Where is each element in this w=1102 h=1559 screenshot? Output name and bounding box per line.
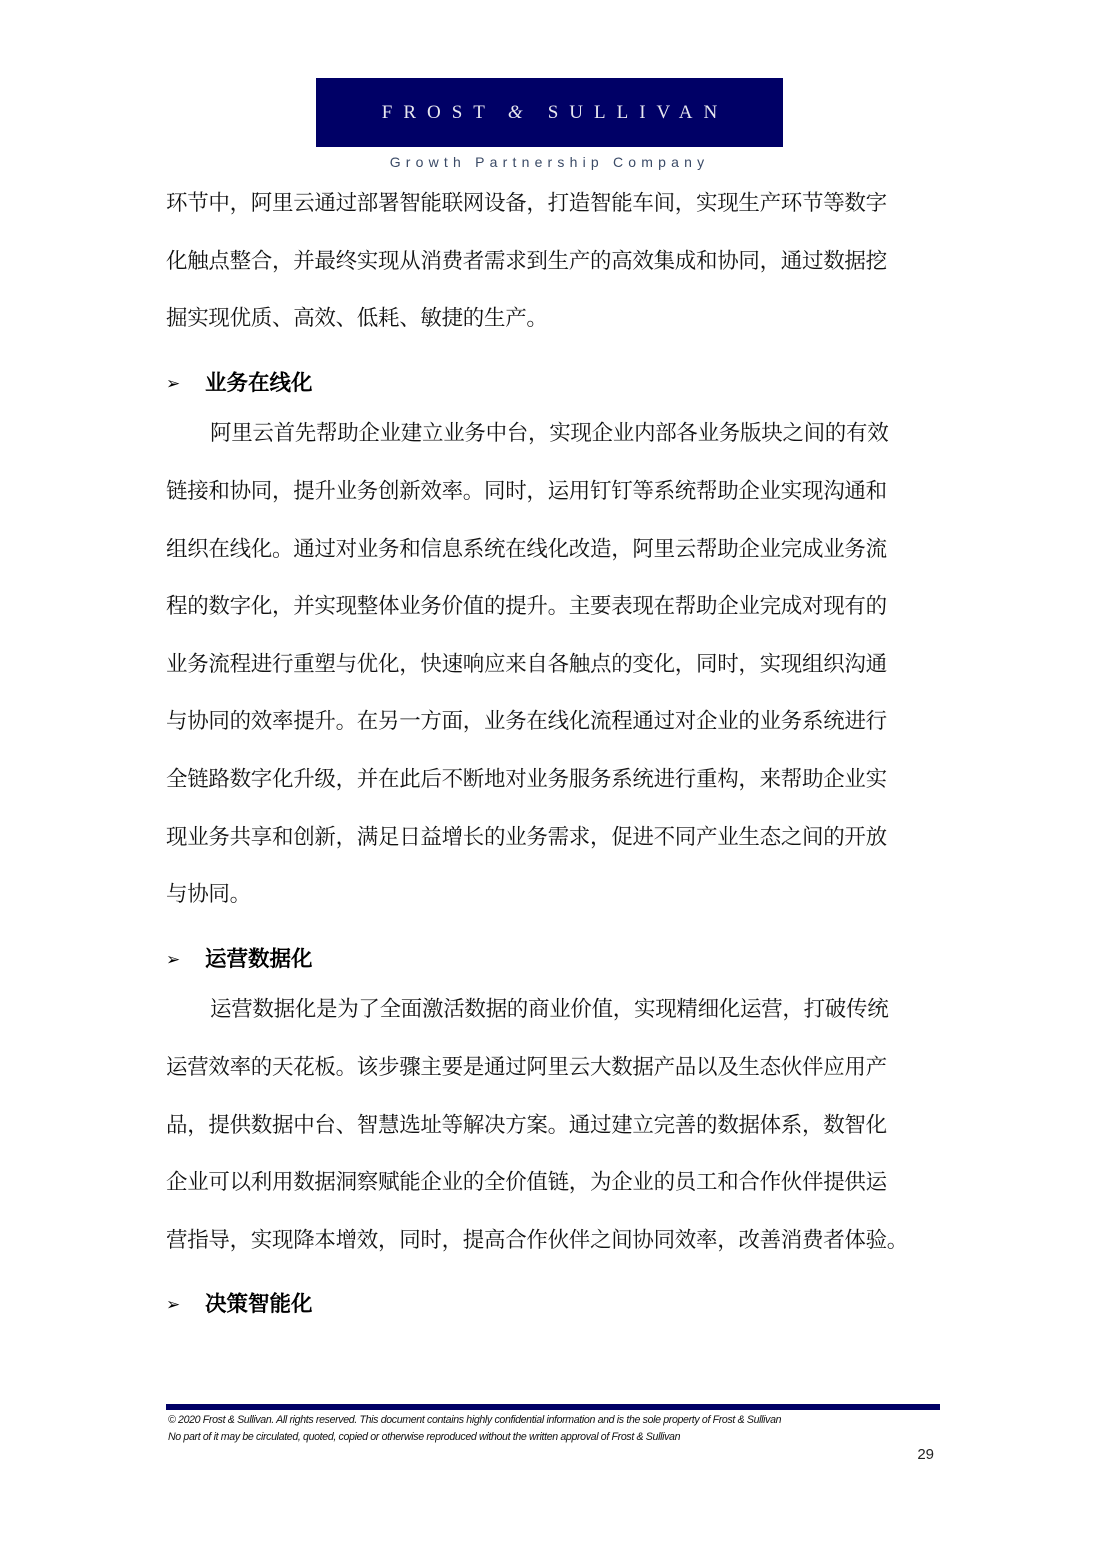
paragraph-line: 链接和协同，提升业务创新效率。同时，运用钉钉等系统帮助企业实现沟通和 (166, 470, 916, 528)
frost-sullivan-logo: FROST&SULLIVAN (316, 78, 783, 147)
intro-paragraph: 环节中，阿里云通过部署智能联网设备，打造智能车间，实现生产环节等数字 化触点整合… (166, 182, 916, 355)
section-heading-business-online: ➢ 业务在线化 (166, 355, 916, 413)
paragraph-line: 营指导，实现降本增效，同时，提高合作伙伴之间协同效率，改善消费者体验。 (166, 1219, 916, 1277)
paragraph-line: 与协同的效率提升。在另一方面，业务在线化流程通过对企业的业务系统进行 (166, 700, 916, 758)
paragraph-line: 组织在线化。通过对业务和信息系统在线化改造，阿里云帮助企业完成业务流 (166, 528, 916, 586)
section-heading-decision-intelligence: ➢ 决策智能化 (166, 1276, 916, 1334)
footer-divider (166, 1404, 940, 1410)
paragraph-line: 全链路数字化升级，并在此后不断地对业务服务系统进行重构，来帮助企业实 (166, 758, 916, 816)
paragraph-line: 运营效率的天花板。该步骤主要是通过阿里云大数据产品以及生态伙伴应用产 (166, 1046, 916, 1104)
logo-wordmark: FROST&SULLIVAN (371, 102, 728, 124)
paragraph-line: 企业可以利用数据洞察赋能企业的全价值链，为企业的员工和合作伙伴提供运 (166, 1161, 916, 1219)
paragraph-line: 运营数据化是为了全面激活数据的商业价值，实现精细化运营，打破传统 (166, 988, 916, 1046)
arrow-bullet-icon: ➢ (166, 1283, 205, 1327)
copyright-line: © 2020 Frost & Sullivan. All rights rese… (168, 1412, 948, 1429)
paragraph-line: 掘实现优质、高效、低耗、敏捷的生产。 (166, 297, 916, 355)
section-title: 业务在线化 (205, 362, 313, 406)
page-number: 29 (880, 1446, 934, 1463)
logo-word-sullivan: SULLIVAN (548, 102, 729, 123)
logo-word-frost: FROST (382, 102, 496, 123)
section-paragraph-operations-data: 运营数据化是为了全面激活数据的商业价值，实现精细化运营，打破传统 运营效率的天花… (166, 988, 916, 1276)
section-paragraph-business-online: 阿里云首先帮助企业建立业务中台，实现企业内部各业务版块之间的有效 链接和协同，提… (166, 412, 916, 930)
paragraph-line: 化触点整合，并最终实现从消费者需求到生产的高效集成和协同，通过数据挖 (166, 240, 916, 298)
footer-copyright: © 2020 Frost & Sullivan. All rights rese… (168, 1412, 948, 1446)
paragraph-line: 现业务共享和创新，满足日益增长的业务需求，促进不同产业生态之间的开放 (166, 816, 916, 874)
logo-ampersand: & (508, 102, 534, 123)
paragraph-line: 品，提供数据中台、智慧选址等解决方案。通过建立完善的数据体系，数智化 (166, 1104, 916, 1162)
section-heading-operations-data: ➢ 运营数据化 (166, 931, 916, 989)
logo-tagline: Growth Partnership Company (316, 154, 783, 170)
section-title: 决策智能化 (205, 1283, 313, 1327)
paragraph-line: 程的数字化，并实现整体业务价值的提升。主要表现在帮助企业完成对现有的 (166, 585, 916, 643)
paragraph-line: 阿里云首先帮助企业建立业务中台，实现企业内部各业务版块之间的有效 (166, 412, 916, 470)
paragraph-line: 与协同。 (166, 873, 916, 931)
section-title: 运营数据化 (205, 938, 313, 982)
page-body: 环节中，阿里云通过部署智能联网设备，打造智能车间，实现生产环节等数字 化触点整合… (166, 182, 916, 1334)
arrow-bullet-icon: ➢ (166, 938, 205, 982)
arrow-bullet-icon: ➢ (166, 362, 205, 406)
paragraph-line: 业务流程进行重塑与优化，快速响应来自各触点的变化，同时，实现组织沟通 (166, 643, 916, 701)
paragraph-line: 环节中，阿里云通过部署智能联网设备，打造智能车间，实现生产环节等数字 (166, 182, 916, 240)
copyright-line: No part of it may be circulated, quoted,… (168, 1429, 948, 1446)
